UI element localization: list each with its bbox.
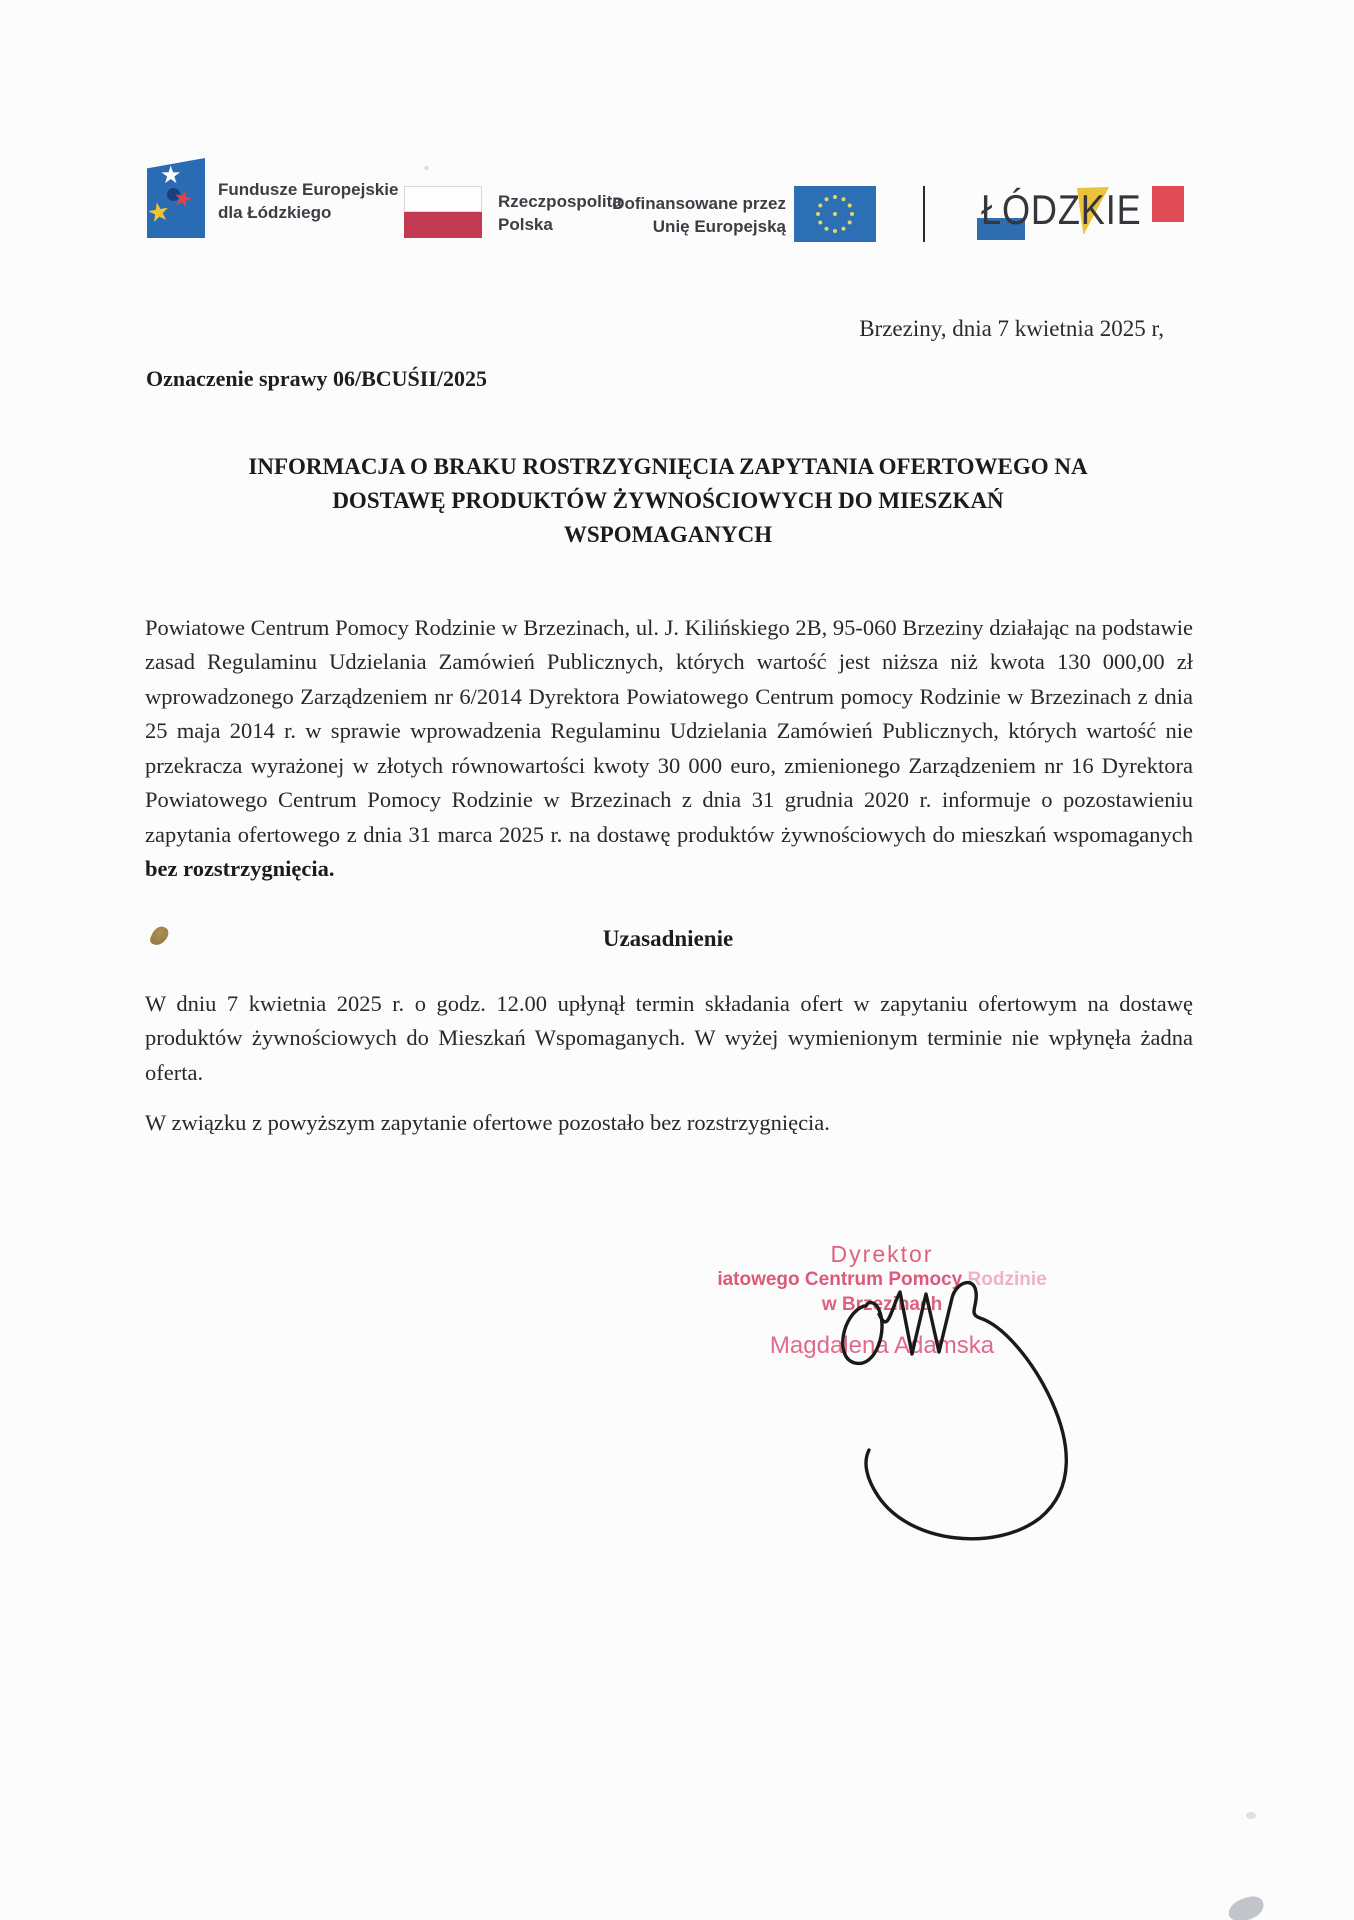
- case-reference: Oznaczenie sprawy 06/BCUŚII/2025: [146, 366, 487, 392]
- document-title-line2: DOSTAWĘ PRODUKTÓW ŻYWNOŚCIOWYCH DO MIESZ…: [145, 484, 1191, 518]
- document-title: INFORMACJA O BRAKU ROSTRZYGNIĘCIA ZAPYTA…: [145, 450, 1191, 552]
- date-line: Brzeziny, dnia 7 kwietnia 2025 r,: [859, 316, 1164, 342]
- body-paragraph-3: W związku z powyższym zapytanie ofertowe…: [145, 1106, 1193, 1141]
- european-funds-label: Fundusze Europejskie dla Łódzkiego: [218, 178, 398, 224]
- eu-cofunding-label-line2: Unię Europejską: [608, 215, 786, 238]
- scan-speck: [424, 166, 429, 170]
- section-heading: Uzasadnienie: [145, 926, 1191, 952]
- body-paragraph-1: Powiatowe Centrum Pomocy Rodzinie w Brze…: [145, 611, 1193, 887]
- document-title-line1: INFORMACJA O BRAKU ROSTRZYGNIĘCIA ZAPYTA…: [145, 450, 1191, 484]
- body-paragraph-1-text: Powiatowe Centrum Pomocy Rodzinie w Brze…: [145, 615, 1193, 847]
- poland-flag-icon: [404, 186, 482, 238]
- lodzkie-label: ŁÓDZKIE: [981, 188, 1142, 232]
- eu-cofunding-label-line1: Dofinansowane przez: [608, 192, 786, 215]
- european-funds-label-line2: dla Łódzkiego: [218, 201, 398, 224]
- european-funds-flag-icon: ★ ★ ★: [147, 158, 205, 238]
- scan-smudge-small: [1246, 1812, 1256, 1819]
- poland-flag-red-stripe: [404, 212, 482, 238]
- poland-flag-white-stripe: [404, 186, 482, 212]
- eu-flag-icon: [794, 186, 876, 242]
- handwritten-signature: [742, 1262, 1102, 1572]
- bold-phrase: bez rozstrzygnięcia.: [145, 856, 335, 881]
- body-paragraph-2: W dniu 7 kwietnia 2025 r. o godz. 12.00 …: [145, 987, 1193, 1091]
- document-title-line3: WSPOMAGANYCH: [145, 518, 1191, 552]
- scan-smudge: [1226, 1894, 1266, 1920]
- scanned-document-page: ★ ★ ★ Fundusze Europejskie dla Łódzkiego…: [0, 0, 1354, 1920]
- funding-logos-header: ★ ★ ★ Fundusze Europejskie dla Łódzkiego…: [0, 0, 1354, 260]
- european-funds-label-line1: Fundusze Europejskie: [218, 178, 398, 201]
- lodzkie-red-square: [1152, 186, 1184, 222]
- poland-label-line1: Rzeczpospolita: [498, 190, 622, 213]
- eu-cofunding-label: Dofinansowane przez Unię Europejską: [608, 192, 786, 238]
- poland-label: Rzeczpospolita Polska: [498, 190, 622, 236]
- yellow-star-icon: ★: [145, 198, 172, 228]
- eu-stars-circle-icon: [833, 212, 837, 216]
- logo-separator: [923, 186, 925, 242]
- poland-label-line2: Polska: [498, 213, 622, 236]
- red-star-icon: ★: [171, 186, 195, 212]
- lodzkie-logo: ŁÓDZKIE: [975, 182, 1195, 244]
